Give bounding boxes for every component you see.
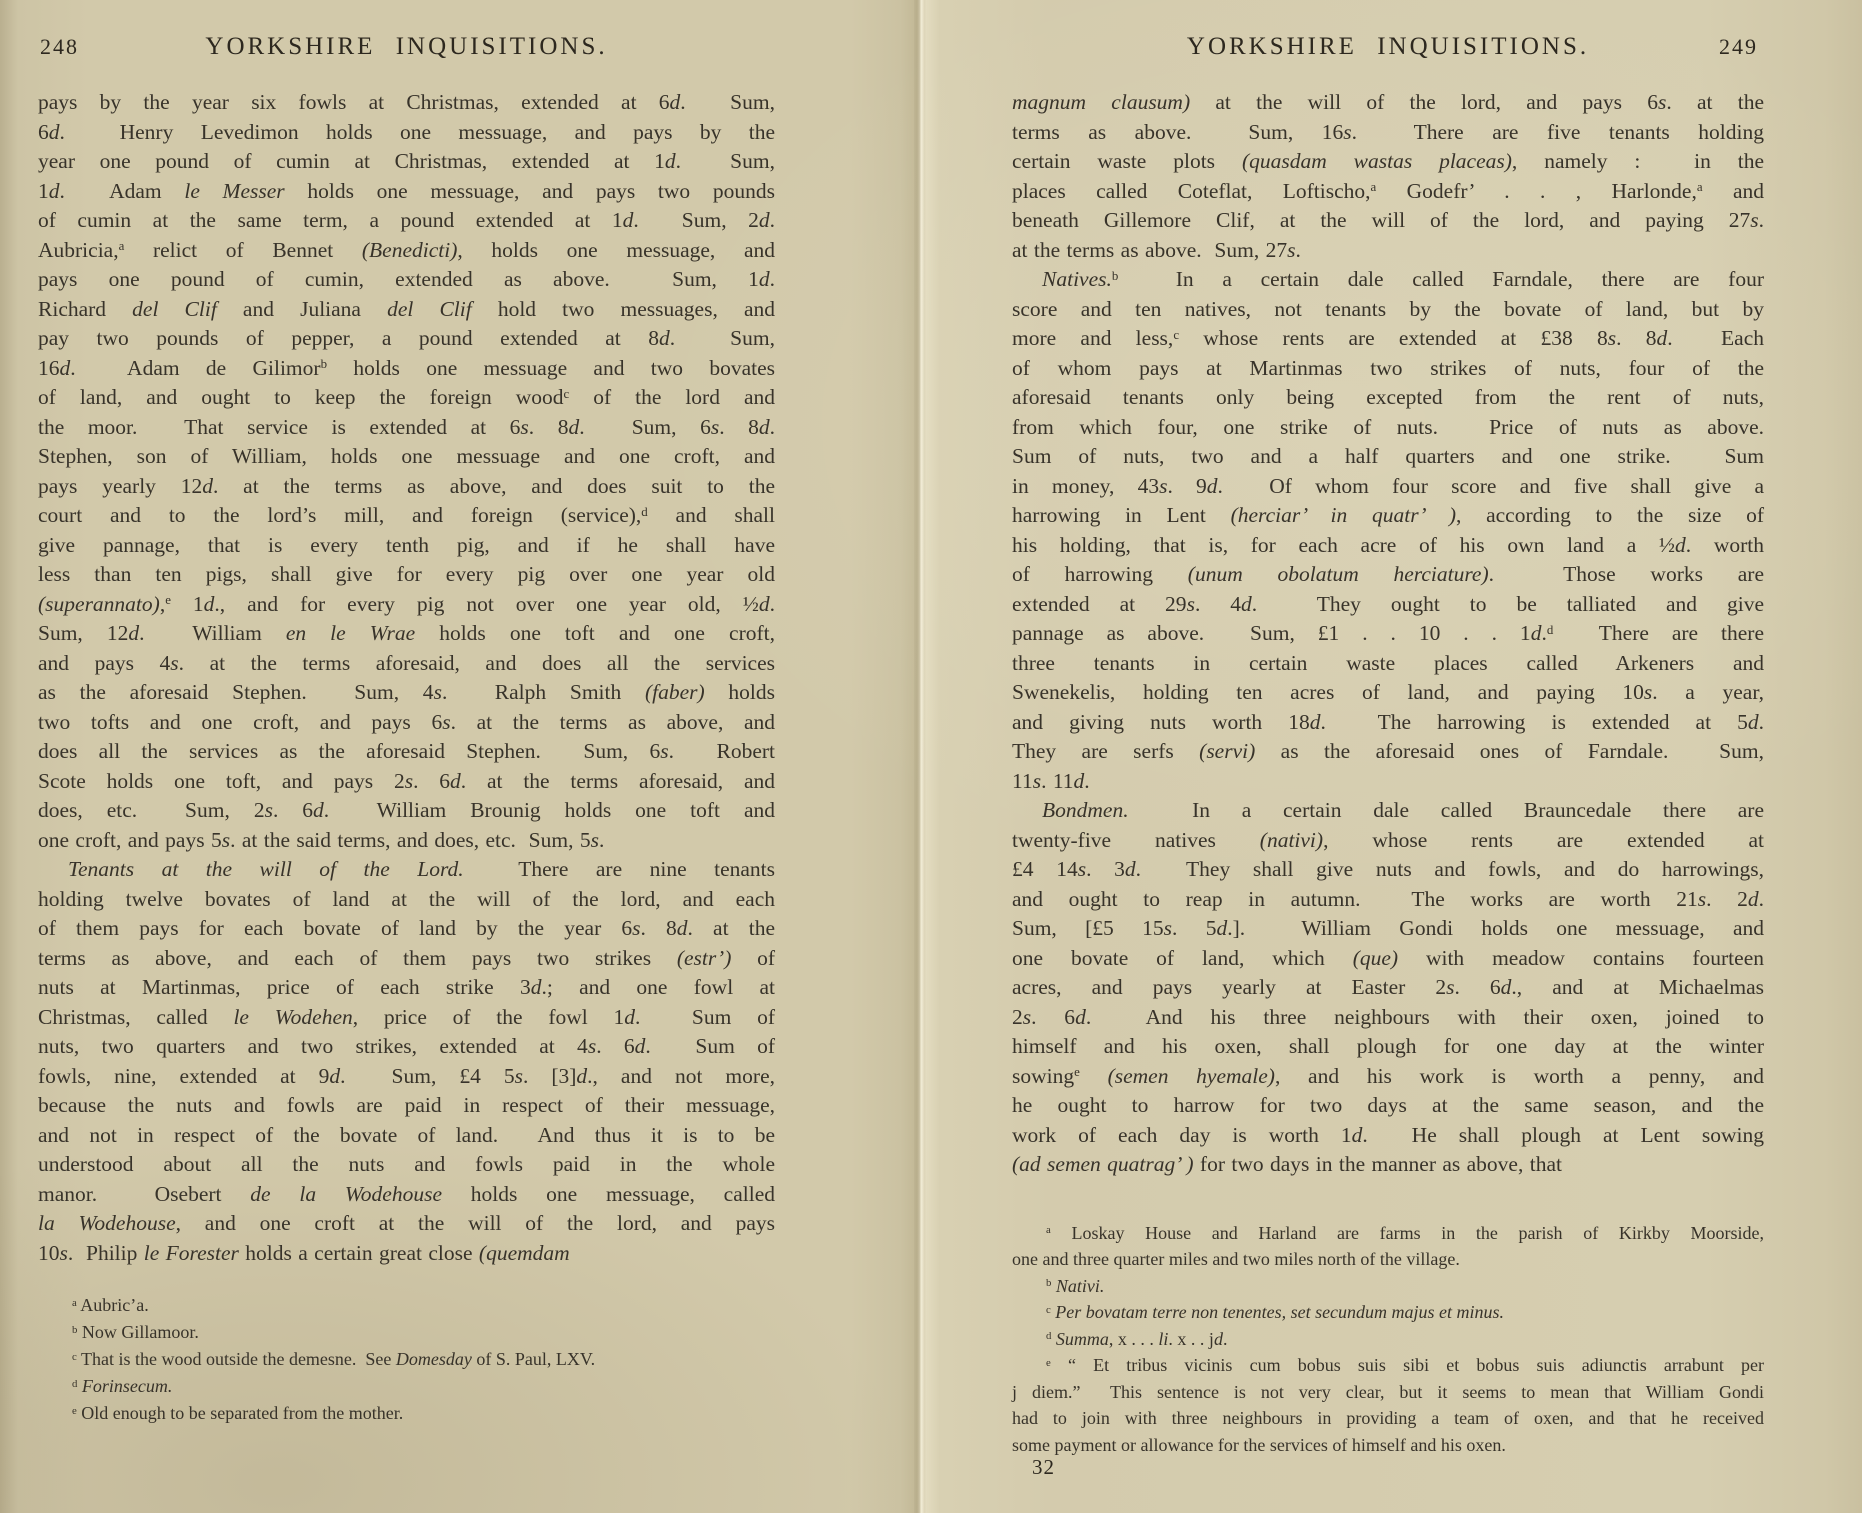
text-line: pays by the year six fowls at Christmas,… [38, 88, 775, 118]
text-line: in money, 43s. 9d. Of whom four score an… [1012, 472, 1764, 502]
text-line: nuts, two quarters and two strikes, exte… [38, 1032, 775, 1062]
text-line: he ought to harrow for two days at the s… [1012, 1091, 1764, 1121]
text-line: certain waste plots (quasdam wastas plac… [1012, 147, 1764, 177]
text-line: aforesaid tenants only being excepted fr… [1012, 383, 1764, 413]
text-line: terms as above. Sum, 16s. There are five… [1012, 118, 1764, 148]
footnote-marker: d [1046, 1330, 1051, 1342]
footnote-line: j diem.” This sentence is not very clear… [1012, 1379, 1764, 1406]
text-line: from which four, one strike of nuts. Pri… [1012, 413, 1764, 443]
footnote-c: c Per bovatam terre non tenentes, set se… [1012, 1299, 1764, 1326]
text-line: does, etc. Sum, 2s. 6d. William Brounig … [38, 796, 775, 826]
text-line: Scote holds one toft, and pays 2s. 6d. a… [38, 767, 775, 797]
footnote-marker: e [1046, 1357, 1051, 1369]
text-line: la Wodehouse, and one croft at the will … [38, 1209, 775, 1239]
footnote-line: e Old enough to be separated from the mo… [38, 1400, 775, 1427]
page-number-right: 249 [1719, 34, 1758, 60]
text-line: Natives.b In a certain dale called Farnd… [1012, 265, 1764, 295]
footnote-a: a Loskay House and Harland are farms in … [1012, 1220, 1764, 1273]
text-line: extended at 29s. 4d. They ought to be ta… [1012, 590, 1764, 620]
text-line: Sum of nuts, two and a half quarters and… [1012, 442, 1764, 472]
text-line: and not in respect of the bovate of land… [38, 1121, 775, 1151]
page-248: 248 YORKSHIRE INQUISITIONS. pays by the … [38, 33, 775, 1427]
paragraph: Bondmen. In a certain dale called Braunc… [1012, 796, 1764, 1180]
text-line: pannage as above. Sum, £1 . . 10 . . 1d.… [1012, 619, 1764, 649]
footnote-b: b Now Gillamoor. [38, 1319, 775, 1346]
page-body-right: magnum clausum) at the will of the lord,… [1012, 88, 1764, 1180]
footnote-line: a Loskay House and Harland are farms in … [1012, 1220, 1764, 1247]
footnote-line: d Summa, x . . . li. x . . jd. [1012, 1326, 1764, 1353]
text-line: more and less,c whose rents are extended… [1012, 324, 1764, 354]
text-line: of harrowing (unum obolatum herciature).… [1012, 560, 1764, 590]
text-line: year one pound of cumin at Christmas, ex… [38, 147, 775, 177]
footnote-e: e Old enough to be separated from the mo… [38, 1400, 775, 1427]
footnote-marker: a [1046, 1224, 1051, 1236]
text-line: fowls, nine, extended at 9d. Sum, £4 5s.… [38, 1062, 775, 1092]
footnote-marker: b [72, 1324, 77, 1336]
text-line: Stephen, son of William, holds one messu… [38, 442, 775, 472]
text-line: harrowing in Lent (herciar’ in quatr’ ),… [1012, 501, 1764, 531]
text-line: Tenants at the will of the Lord. There a… [38, 855, 775, 885]
text-line: Richard del Clif and Juliana del Clif ho… [38, 295, 775, 325]
running-head-right: YORKSHIRE INQUISITIONS. 249 [1012, 33, 1764, 88]
text-line: acres, and pays yearly at Easter 2s. 6d.… [1012, 973, 1764, 1003]
footnote-line: a Aubric’a. [38, 1292, 775, 1319]
text-line: of whom pays at Martinmas two strikes of… [1012, 354, 1764, 384]
text-line: and pays 4s. at the terms aforesaid, and… [38, 649, 775, 679]
footnote-marker: b [1046, 1277, 1051, 1289]
text-line: as the aforesaid Stephen. Sum, 4s. Ralph… [38, 678, 775, 708]
text-line: pay two pounds of pepper, a pound extend… [38, 324, 775, 354]
footnotes-left: a Aubric’a.b Now Gillamoor.c That is the… [38, 1292, 775, 1427]
text-line: 6d. Henry Levedimon holds one messuage, … [38, 118, 775, 148]
footnote-marker: a [72, 1297, 77, 1309]
text-line: of land, and ought to keep the foreign w… [38, 383, 775, 413]
text-line: work of each day is worth 1d. He shall p… [1012, 1121, 1764, 1151]
footnote-e: e “ Et tribus vicinis cum bobus suis sib… [1012, 1352, 1764, 1458]
running-title-right: YORKSHIRE INQUISITIONS. [1012, 33, 1764, 61]
text-line: 10s. Philip le Forester holds a certain … [38, 1239, 775, 1269]
text-line: his holding, that is, for each acre of h… [1012, 531, 1764, 561]
text-line: nuts at Martinmas, price of each strike … [38, 973, 775, 1003]
text-line: places called Coteflat, Loftischo,a Gode… [1012, 177, 1764, 207]
text-line: understood about all the nuts and fowls … [38, 1150, 775, 1180]
footnote-marker: d [72, 1378, 77, 1390]
text-line: one croft, and pays 5s. at the said term… [38, 826, 775, 856]
book-scan: 248 YORKSHIRE INQUISITIONS. pays by the … [0, 0, 1862, 1513]
text-line: manor. Osebert de la Wodehouse holds one… [38, 1180, 775, 1210]
text-line: (ad semen quatrag’ ) for two days in the… [1012, 1150, 1764, 1180]
footnote-line: c Per bovatam terre non tenentes, set se… [1012, 1299, 1764, 1326]
text-line: beneath Gillemore Clif, at the will of t… [1012, 206, 1764, 236]
signature-mark: 32 [1032, 1455, 1055, 1480]
footnote-d: d Forinsecum. [38, 1373, 775, 1400]
page-gutter [914, 0, 926, 1513]
text-line: give pannage, that is every tenth pig, a… [38, 531, 775, 561]
text-line: pays one pound of cumin, extended as abo… [38, 265, 775, 295]
text-line: three tenants in certain waste places ca… [1012, 649, 1764, 679]
text-line: Sum, 12d. William en le Wrae holds one t… [38, 619, 775, 649]
footnote-marker: c [72, 1351, 77, 1363]
text-line: They are serfs (servi) as the aforesaid … [1012, 737, 1764, 767]
text-line: court and to the lord’s mill, and foreig… [38, 501, 775, 531]
text-line: Swenekelis, holding ten acres of land, a… [1012, 678, 1764, 708]
text-line: holding twelve bovates of land at the wi… [38, 885, 775, 915]
paragraph: magnum clausum) at the will of the lord,… [1012, 88, 1764, 265]
text-line: himself and his oxen, shall plough for o… [1012, 1032, 1764, 1062]
text-line: Bondmen. In a certain dale called Braunc… [1012, 796, 1764, 826]
paragraph: pays by the year six fowls at Christmas,… [38, 88, 775, 855]
footnote-d: d Summa, x . . . li. x . . jd. [1012, 1326, 1764, 1353]
text-line: Sum, [£5 15s. 5d.]. William Gondi holds … [1012, 914, 1764, 944]
text-line: 1d. Adam le Messer holds one messuage, a… [38, 177, 775, 207]
text-line: at the terms as above. Sum, 27s. [1012, 236, 1764, 266]
text-line: pays yearly 12d. at the terms as above, … [38, 472, 775, 502]
paragraph: Natives.b In a certain dale called Farnd… [1012, 265, 1764, 796]
text-line: score and ten natives, not tenants by th… [1012, 295, 1764, 325]
footnote-line: c That is the wood outside the demesne. … [38, 1346, 775, 1373]
footnote-line: one and three quarter miles and two mile… [1012, 1246, 1764, 1273]
running-title-left: YORKSHIRE INQUISITIONS. [38, 33, 775, 61]
text-line: terms as above, and each of them pays tw… [38, 944, 775, 974]
text-line: because the nuts and fowls are paid in r… [38, 1091, 775, 1121]
text-line: twenty-five natives (nativi), whose rent… [1012, 826, 1764, 856]
footnote-line: d Forinsecum. [38, 1373, 775, 1400]
text-line: one bovate of land, which (que) with mea… [1012, 944, 1764, 974]
footnote-line: b Nativi. [1012, 1273, 1764, 1300]
text-line: and ought to reap in autumn. The works a… [1012, 885, 1764, 915]
footnotes-right: a Loskay House and Harland are farms in … [1012, 1220, 1764, 1459]
footnote-a: a Aubric’a. [38, 1292, 775, 1319]
footnote-line: e “ Et tribus vicinis cum bobus suis sib… [1012, 1352, 1764, 1379]
text-line: £4 14s. 3d. They shall give nuts and fow… [1012, 855, 1764, 885]
running-head-left: 248 YORKSHIRE INQUISITIONS. [38, 33, 775, 88]
text-line: magnum clausum) at the will of the lord,… [1012, 88, 1764, 118]
text-line: Christmas, called le Wodehen, price of t… [38, 1003, 775, 1033]
footnote-marker: e [72, 1405, 77, 1417]
footnote-b: b Nativi. [1012, 1273, 1764, 1300]
text-line: 16d. Adam de Gilimorb holds one messuage… [38, 354, 775, 384]
text-line: (superannato),e 1d., and for every pig n… [38, 590, 775, 620]
text-line: 2s. 6d. And his three neighbours with th… [1012, 1003, 1764, 1033]
footnote-line: had to join with three neighbours in pro… [1012, 1405, 1764, 1432]
paragraph: Tenants at the will of the Lord. There a… [38, 855, 775, 1268]
text-line: 11s. 11d. [1012, 767, 1764, 797]
text-line: less than ten pigs, shall give for every… [38, 560, 775, 590]
footnote-line: b Now Gillamoor. [38, 1319, 775, 1346]
page-249: YORKSHIRE INQUISITIONS. 249 magnum claus… [1012, 33, 1764, 1458]
text-line: of cumin at the same term, a pound exten… [38, 206, 775, 236]
text-line: Aubricia,a relict of Bennet (Benedicti),… [38, 236, 775, 266]
text-line: the moor. That service is extended at 6s… [38, 413, 775, 443]
page-body-left: pays by the year six fowls at Christmas,… [38, 88, 775, 1268]
text-line: two tofts and one croft, and pays 6s. at… [38, 708, 775, 738]
text-line: sowinge (semen hyemale), and his work is… [1012, 1062, 1764, 1092]
text-line: and giving nuts worth 18d. The harrowing… [1012, 708, 1764, 738]
footnote-c: c That is the wood outside the demesne. … [38, 1346, 775, 1373]
page-number-left: 248 [40, 34, 79, 60]
text-line: of them pays for each bovate of land by … [38, 914, 775, 944]
footnote-line: some payment or allowance for the servic… [1012, 1432, 1764, 1459]
footnote-marker: c [1046, 1304, 1051, 1316]
text-line: does all the services as the aforesaid S… [38, 737, 775, 767]
